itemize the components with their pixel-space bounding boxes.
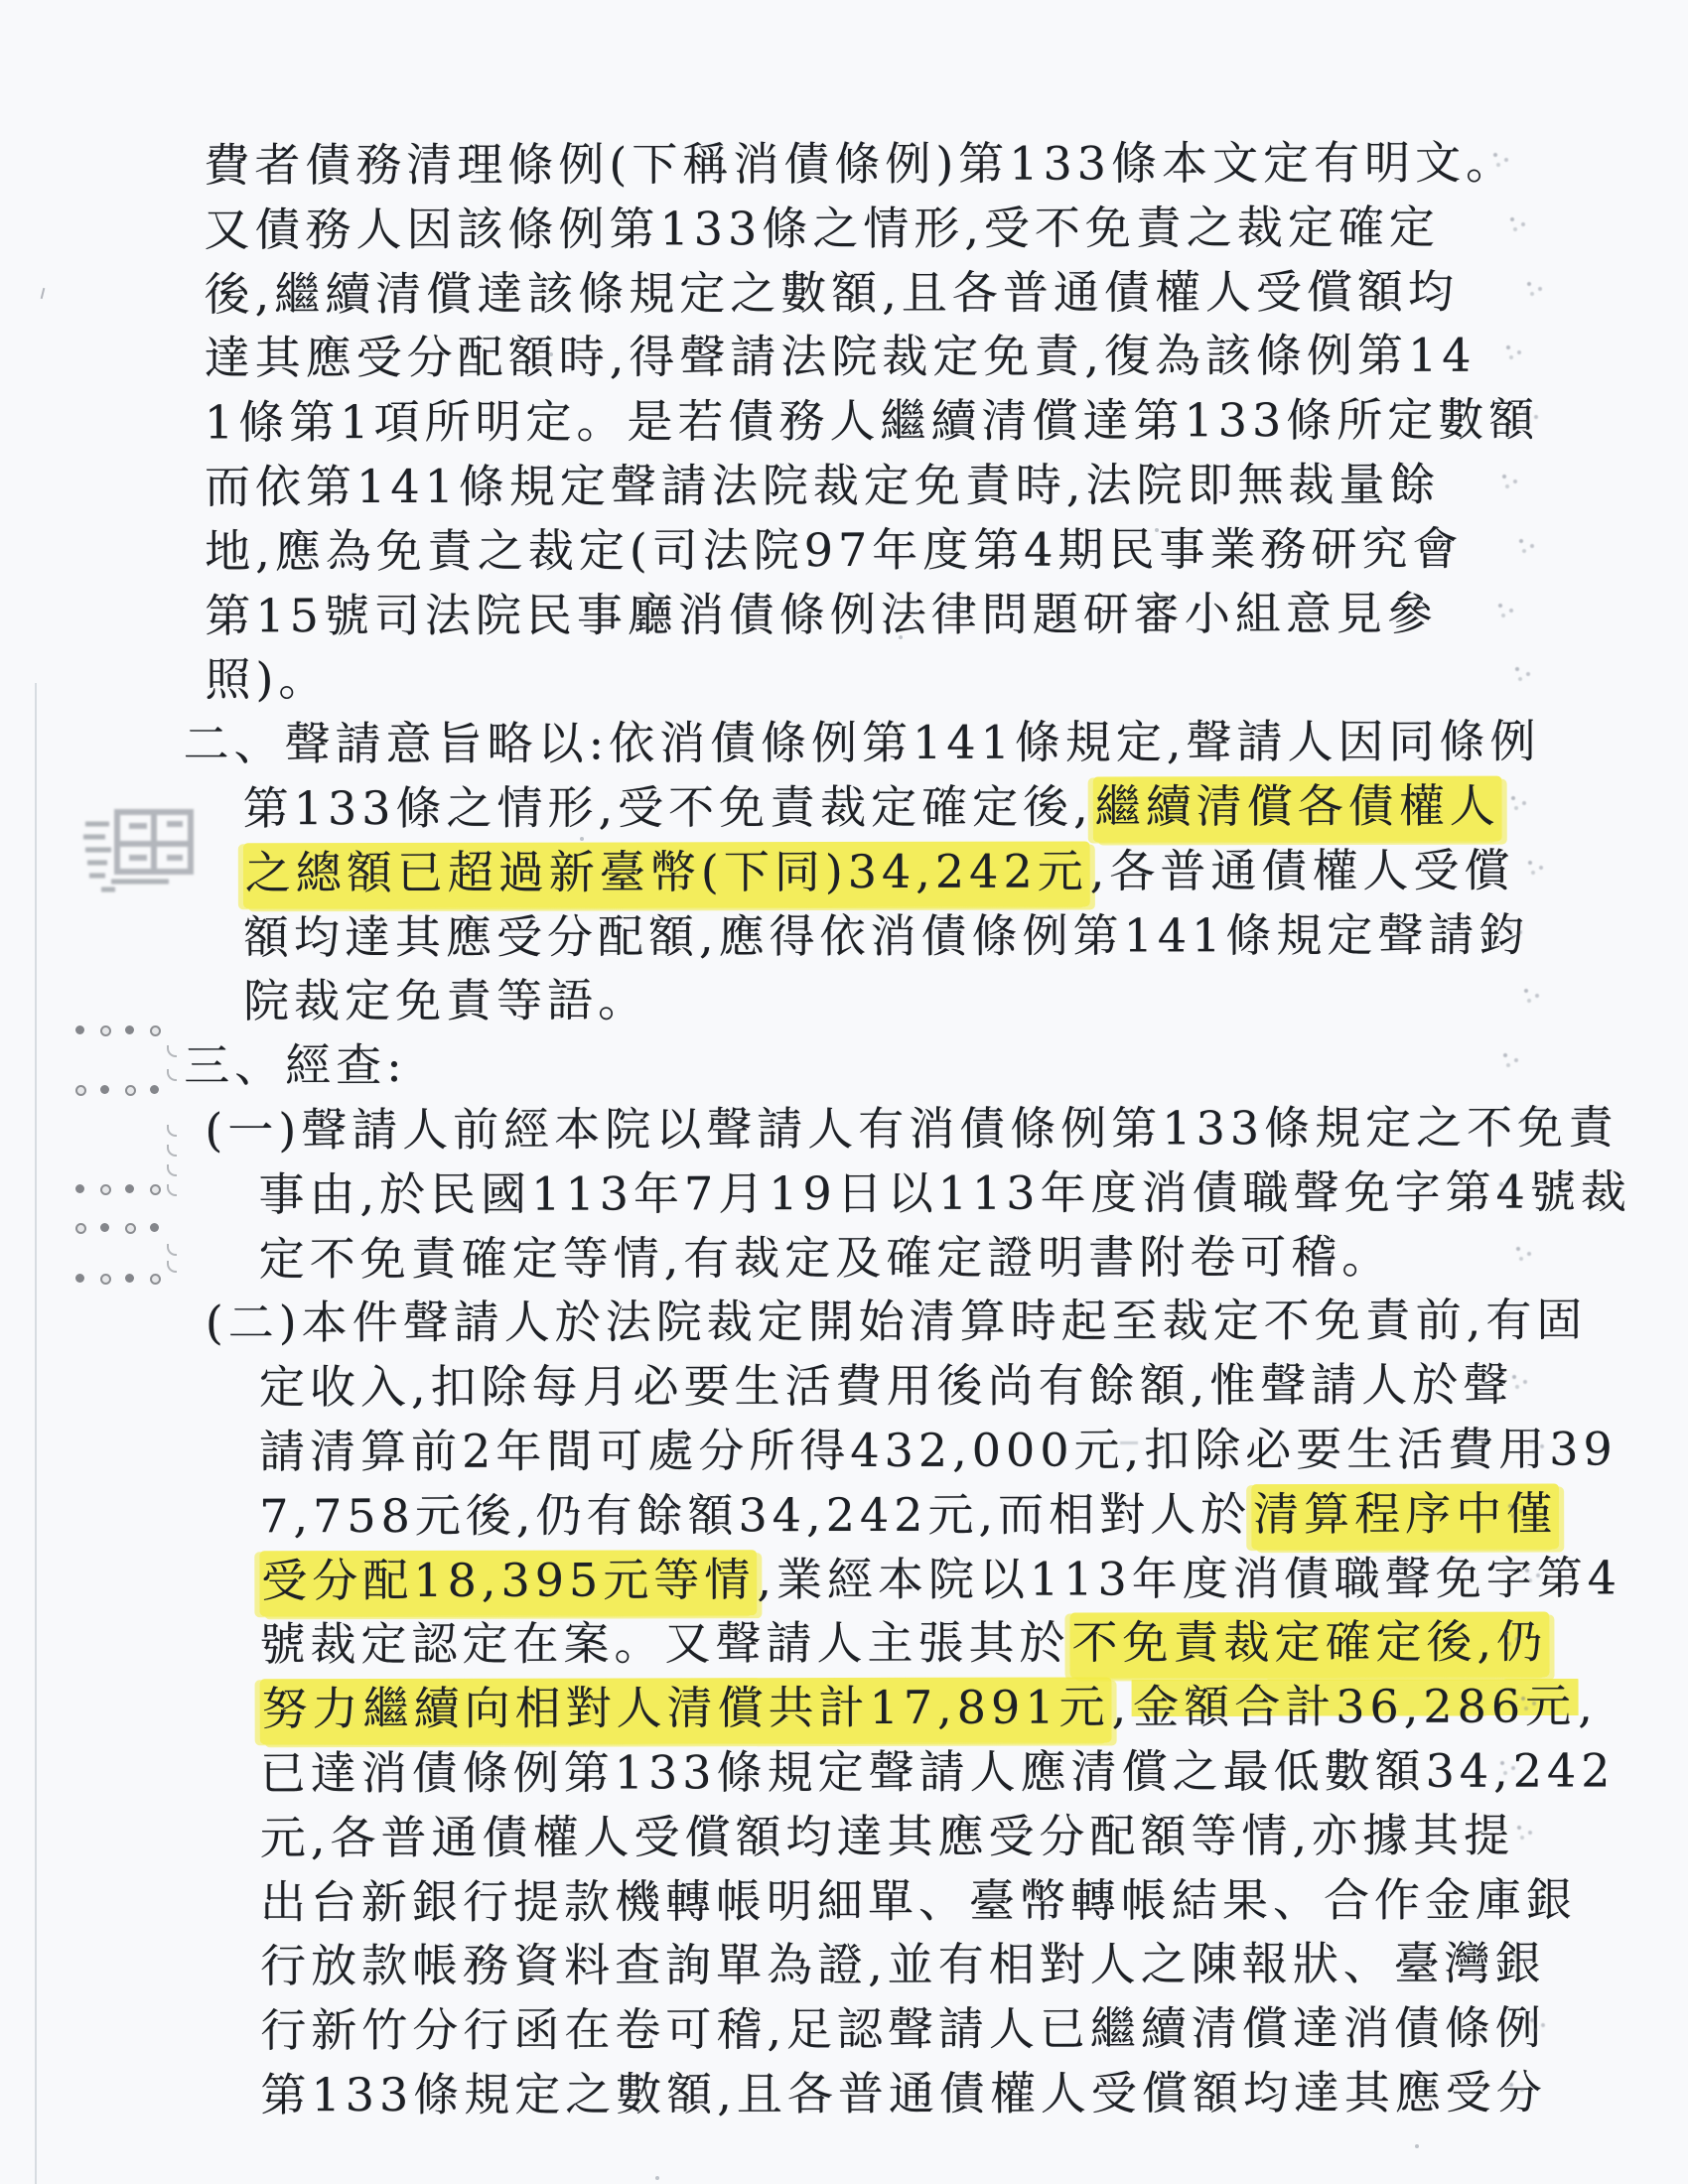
pencil-mark — [1527, 282, 1531, 286]
document-line: 1條第1項所明定。是若債務人繼續清償達第133條所定數額 — [205, 393, 1539, 450]
text-segment: , — [1578, 1680, 1598, 1733]
document-line: 努力繼續向相對人清償共計17,891元,金額合計36,286元, — [260, 1680, 1598, 1736]
scanned-document-page: 費者債務清理條例(下稱消債條例)第133條本文定有明文。又債務人因該條例第133… — [0, 0, 1688, 2184]
pencil-mark — [1502, 475, 1506, 478]
document-line: 達其應受分配額時,得聲請法院裁定免責,復為該條例第14 — [205, 329, 1477, 385]
punch-dot — [150, 1085, 159, 1094]
highlighted-text: 金額合計36,286元 — [1131, 1677, 1578, 1743]
punch-dot — [75, 1223, 86, 1234]
text-segment: (二)本件聲請人於法院裁定開始清算時起至裁定不免責前,有固 — [206, 1294, 1588, 1350]
document-line: 額均達其應受分配額,應得依消債條例第141條規定聲請鈞 — [243, 907, 1530, 964]
text-segment: 號裁定認定在案。又聲請人主張其於 — [259, 1616, 1069, 1672]
text-segment: 定收入,扣除每月必要生活費用後尚有餘額,惟聲請人於聲 — [259, 1358, 1513, 1415]
pencil-mark — [1508, 1504, 1512, 1508]
text-segment: , — [1112, 1681, 1132, 1734]
scan-speck — [549, 1435, 553, 1439]
document-line: 元,各普通債權人受償額均達其應受分配額等情,亦據其提 — [260, 1808, 1514, 1864]
document-line: 費者債務清理條例(下稱消債條例)第133條本文定有明文。 — [204, 136, 1516, 193]
pencil-mark — [1519, 539, 1523, 543]
document-line: 事由,於民國113年7月19日以113年度消債職聲免字第4號裁 — [258, 1164, 1630, 1221]
text-segment: 元,各普通債權人受償額均達其應受分配額等情,亦據其提 — [260, 1808, 1514, 1864]
stray-dash — [1120, 1441, 1138, 1444]
document-line: 行新竹分行函在卷可稽,足認聲請人已繼續清償達消債條例 — [260, 2001, 1546, 2058]
document-line: 定收入,扣除每月必要生活費用後尚有餘額,惟聲請人於聲 — [259, 1358, 1513, 1415]
document-line: 出台新銀行提款機轉帳明細單、臺幣轉帳結果、合作金庫銀 — [260, 1872, 1577, 1929]
pencil-mark — [1498, 604, 1502, 608]
pencil-mark — [1517, 1826, 1521, 1830]
document-line: 之總額已超過新臺幣(下同)34,242元,各普通債權人受償 — [243, 843, 1515, 899]
punch-dot — [125, 1184, 134, 1193]
punch-dot — [100, 1025, 111, 1036]
pencil-mark — [1499, 1182, 1503, 1186]
punch-dot — [150, 1274, 161, 1285]
punch-dot — [150, 1223, 159, 1232]
text-segment: 二、聲請意旨略以:依消債條例第141條規定,聲請人因同條例 — [184, 715, 1541, 771]
punch-dot — [125, 1223, 136, 1234]
scan-speck — [549, 352, 553, 356]
punch-dot — [100, 1274, 111, 1285]
text-segment: 院裁定免責等語。 — [243, 974, 648, 1028]
document-line: 受分配18,395元等情,業經本院以113年度消債職聲免字第4 — [259, 1551, 1621, 1607]
punch-dot — [75, 1085, 86, 1096]
punch-dot — [100, 1223, 109, 1232]
text-segment: 費者債務清理條例(下稱消債條例)第133條本文定有明文。 — [204, 136, 1516, 193]
highlighted-text: 受分配18,395元等情 — [259, 1550, 757, 1616]
text-segment: 後,繼續清償達該條規定之數額,且各普通債權人受償額均 — [205, 264, 1459, 321]
scan-speck — [1415, 2144, 1419, 2148]
document-body: 費者債務清理條例(下稱消債條例)第133條本文定有明文。又債務人因該條例第133… — [0, 0, 1688, 2184]
document-line: 地,應為免責之裁定(司法院97年度第4期民事業務研究會 — [205, 521, 1463, 578]
document-line: 7,758元後,仍有餘額34,242元,而相對人於清算程序中僅 — [259, 1486, 1559, 1543]
text-segment: 事由,於民國113年7月19日以113年度消債職聲免字第4號裁 — [258, 1164, 1630, 1221]
text-segment: ,各普通債權人受償 — [1090, 843, 1515, 897]
punch-dot — [150, 1025, 161, 1036]
text-segment: ,業經本院以113年度消債職聲免字第4 — [757, 1551, 1621, 1606]
scan-speck — [899, 635, 903, 639]
highlighted-text: 清算程序中僅 — [1251, 1483, 1559, 1550]
pencil-mark — [1493, 153, 1497, 157]
punch-dot — [100, 1085, 109, 1094]
text-segment: 7,758元後,仍有餘額34,242元,而相對人於 — [259, 1487, 1251, 1543]
document-line: (二)本件聲請人於法院裁定開始清算時起至裁定不免責前,有固 — [206, 1294, 1588, 1350]
pencil-mark — [1520, 1118, 1524, 1122]
text-segment: 地,應為免責之裁定(司法院97年度第4期民事業務研究會 — [205, 521, 1463, 578]
text-segment: 第15號司法院民事廳消債條例法律問題研審小組意見參 — [205, 586, 1438, 642]
highlighted-text: 繼續清償各債權人 — [1093, 776, 1502, 843]
pencil-mark — [1511, 796, 1515, 800]
document-line: 三、經查: — [184, 1038, 407, 1092]
document-line: 又債務人因該條例第133條之情形,受不免責之裁定確定 — [204, 201, 1440, 257]
text-segment: 三、經查: — [184, 1038, 407, 1092]
text-segment: 額均達其應受分配額,應得依消債條例第141條規定聲請鈞 — [243, 907, 1530, 964]
highlighted-text: 之總額已超過新臺幣(下同)34,242元 — [243, 841, 1090, 908]
document-line: 行放款帳務資料查詢單為證,並有相對人之陳報狀、臺灣銀 — [260, 1937, 1546, 1993]
text-segment: 又債務人因該條例第133條之情形,受不免責之裁定確定 — [204, 201, 1440, 257]
pencil-mark — [1496, 1890, 1500, 1894]
punch-dot — [125, 1274, 134, 1283]
text-segment: 1條第1項所明定。是若債務人繼續清償達第133條所定數額 — [205, 393, 1539, 450]
punch-dot — [150, 1184, 161, 1195]
text-segment: 行新竹分行函在卷可稽,足認聲請人已繼續清償達消債條例 — [260, 2001, 1546, 2058]
document-line: 第133條之情形,受不免責裁定確定後,繼續清償各債權人 — [243, 779, 1502, 836]
pencil-mark — [1500, 1761, 1504, 1765]
text-segment: 而依第141條規定聲請法院裁定免責時,法院即無裁量餘 — [205, 458, 1441, 514]
document-line: 二、聲請意旨略以:依消債條例第141條規定,聲請人因同條例 — [184, 715, 1541, 771]
highlighted-text: 努力繼續向相對人清償共計17,891元 — [260, 1678, 1112, 1745]
scan-speck — [1155, 528, 1159, 532]
document-line: (一)聲請人前經本院以聲請人有消債條例第133條規定之不免責 — [205, 1100, 1618, 1157]
highlighted-text: 不免責裁定確定後,仍 — [1069, 1612, 1549, 1679]
document-line: 第15號司法院民事廳消債條例法律問題研審小組意見參 — [205, 586, 1438, 642]
pencil-mark — [1528, 861, 1532, 865]
text-segment: 定不免責確定等情,有裁定及確定證明書附卷可稽。 — [259, 1229, 1393, 1285]
document-line: 定不免責確定等情,有裁定及確定證明書附卷可稽。 — [259, 1229, 1393, 1285]
pencil-mark — [1510, 217, 1514, 221]
document-line: 號裁定認定在案。又聲請人主張其於不免責裁定確定後,仍 — [259, 1615, 1549, 1672]
document-line: 第133條規定之數額,且各普通債權人受償額均達其應受分 — [260, 2066, 1547, 2122]
punch-dot — [75, 1184, 84, 1193]
document-line: 請清算前2年間可處分所得432,000元,扣除必要生活費用39 — [259, 1422, 1618, 1478]
text-segment: 出台新銀行提款機轉帳明細單、臺幣轉帳結果、合作金庫銀 — [260, 1872, 1577, 1929]
scan-speck — [655, 2176, 659, 2180]
text-segment: 照)。 — [205, 652, 329, 706]
punch-dot — [75, 1274, 84, 1283]
document-line: 已達消債條例第133條規定聲請人應清償之最低數額34,242 — [260, 1743, 1616, 1800]
punch-dot — [125, 1025, 134, 1034]
punch-dot — [125, 1085, 136, 1096]
text-segment: 請清算前2年間可處分所得432,000元,扣除必要生活費用39 — [259, 1422, 1618, 1478]
text-segment: 第133條之情形,受不免責裁定確定後, — [243, 779, 1093, 835]
text-segment: 第133條規定之數額,且各普通債權人受償額均達其應受分 — [260, 2066, 1547, 2122]
text-segment: 達其應受分配額時,得聲請法院裁定免責,復為該條例第14 — [205, 329, 1477, 385]
punch-dot — [75, 1025, 84, 1034]
document-line: 後,繼續清償達該條規定之數額,且各普通債權人受償額均 — [205, 264, 1459, 321]
text-segment: (一)聲請人前經本院以聲請人有消債條例第133條規定之不免責 — [205, 1100, 1618, 1157]
pencil-mark — [1507, 925, 1511, 929]
scan-speck — [580, 837, 584, 841]
pencil-mark — [1525, 1569, 1529, 1572]
pencil-mark — [1509, 2083, 1513, 2087]
text-segment: 行放款帳務資料查詢單為證,並有相對人之陳報狀、臺灣銀 — [260, 1937, 1546, 1993]
document-line: 院裁定免責等語。 — [243, 974, 648, 1028]
pencil-mark — [1529, 1439, 1533, 1443]
pencil-mark — [1516, 1247, 1520, 1251]
document-line: 而依第141條規定聲請法院裁定免責時,法院即無裁量餘 — [205, 458, 1441, 514]
text-segment: 已達消債條例第133條規定聲請人應清償之最低數額34,242 — [260, 1743, 1616, 1800]
punch-dot — [100, 1184, 111, 1195]
document-line: 照)。 — [205, 652, 329, 706]
